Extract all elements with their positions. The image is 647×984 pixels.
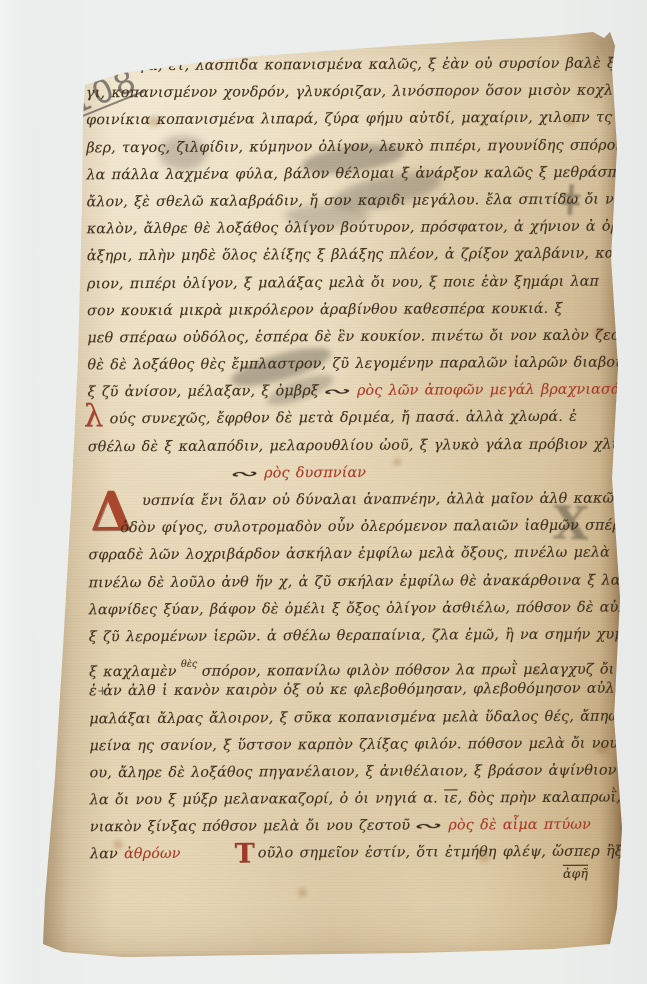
text-line: ξ ζῦ ἀνίσον, μέλαξαν, ξ ὀμβρξ∾ρὸς λῶν ἀπ… [88,377,588,407]
body-text: σθέλω δὲ ξ καλαπόδιν, μελαρουθλίου ὠοῦ, … [88,436,635,455]
body-text: υσπνία ἔνι ὅλαν οὐ δύναλαι ἀναπνέην, ἀλλ… [142,490,647,509]
text-line: ἄλον, ξὲ σθελῶ καλαβράδιν, ἤ σον καριδι … [87,187,587,217]
body-text: φοινίκια κοπανισμένα λιπαρά, ζύρα φήμυ α… [86,110,612,129]
catchword: ἀφῆ [90,859,590,889]
body-text: ∾ [320,379,349,406]
text-line: ου, ἄληρε δὲ λοξάθος πηγανέλαιον, ξ ἀνιθ… [90,758,590,788]
text-line: ἐ ἀν ἀλθ ἰ κανὸν καιρὸν ὀξ οὐ κε φλεβοθό… [89,676,589,706]
body-text: ιε [444,790,458,806]
text-line: λα πάλλα λαχμένα φύλα, βάλον θέλομαι ξ ἀ… [86,159,586,189]
text-line: σφραδὲ λῶν λοχριβάρδον ἀσκήλαν ἐμφίλω με… [88,540,588,570]
text-line: μείνα ης σανίον, ξ ὕστσον καρπὸν ζλίξας … [89,730,589,760]
body-text: ἀφῆ [563,865,588,880]
body-text: μεθ σπέραω οὐδόλος, ἑσπέρα δὲ ἓν κουκίον… [87,327,646,346]
manuscript-page: 111 108 ✱ + ǂ X λα στυφά, ἔτ, λασπιδα κο… [33,28,625,958]
body-text: νιακὸν ξίνξας πόθσον μελὰ ὄι νου ζεστοῦ [90,818,410,836]
fox-spot [47,253,58,266]
body-text: μείνα ης σανίον, ξ ὕστσον καρπὸν ζλίξας … [89,735,647,754]
body-text: ούς συνεχῶς, ἔφρθον δὲ μετὰ δριμέα, ἤ πα… [110,409,577,427]
body-text: ξ ζῦ λερομένων ἱερῶν. ἀ σθέλω θεραπαίνια… [89,626,647,645]
fox-spot [298,888,307,897]
text-line: σθέλω δὲ ξ καλαπόδιν, μελαρουθλίου ὠοῦ, … [88,431,588,461]
text-line: ριον, πιπέρι ὀλίγον, ξ μαλάξας μελὰ ὄι ν… [87,268,587,298]
text-line: μαλάξαι ἄλρας ἄλοιρον, ξ σῦκα κοπανισμέν… [89,703,589,733]
body-text: πινέλω δὲ λοῦλο ἀνθ ἥν χ, ἀ ζῦ σκήλαν ἐμ… [89,572,647,591]
body-text: σφραδὲ λῶν λοχριβάρδον ἀσκήλαν ἐμφίλω με… [88,545,647,564]
body-text: ∾ [412,814,441,841]
body-text: ἐ ἀν ἀλθ ἰ κανὸν καιρὸν ὀξ οὐ κε φλεβοθό… [89,681,646,700]
text-line: λα στυφά, ἔτ, λασπιδα κοπανισμένα καλῶς,… [86,51,586,81]
rubric-text: ρὸς λῶν ἀποφῶν μεγάλ βραχνιασάν [357,382,630,399]
text-line: ξ ζῦ λερομένων ἱερῶν. ἀ σθέλω θεραπαίνια… [89,622,589,652]
rubric-text: ρὸς δὲ αἷμα πτύων [448,817,591,834]
body-text: γι, κοπανισμένον χονδρόν, γλυκόριζαν, λι… [86,82,647,101]
text-line: ὁδὸν φίγος, συλοτρομαδὸν οὖν ὀλερόμενον … [88,513,588,543]
body-text: λαφνίδες ξύαν, βάφον δὲ ὀμέλι ξ ὄξος ὀλί… [89,599,646,618]
body-text: ∾ [227,461,256,488]
rubric-text: ἀθρόων [124,846,181,862]
body-text: ἀξηρι, πλὴν μηδὲ ὅλος ἐλίξης ξ βλάξης πλ… [87,246,641,265]
body-text: ξ ζῦ ἀνίσον, μέλαξαν, ξ ὀμβρξ [88,383,319,400]
text-line: ∾ρὸς δυσπνίαν [88,459,588,489]
text-block: λα στυφά, ἔτ, λασπιδα κοπανισμένα καλῶς,… [86,51,590,889]
text-line: ἀξηρι, πλὴν μηδὲ ὅλος ἐλίξης ξ βλάξης πλ… [87,241,587,271]
body-text: ριον, πιπέρι ὀλίγον, ξ μαλάξας μελὰ ὄι ν… [87,273,599,292]
photo-backdrop: { "palette":{ "backdrop":"#edefee", "par… [0,0,647,984]
text-line: λαφνίδες ξύαν, βάφον δὲ ὀμέλι ξ ὄξος ὀλί… [89,594,589,624]
text-line: θὲ δὲ λοξάθος θὲς ἔμπλαστρον, ζῦ λεγομέν… [87,350,587,380]
rubric-text: ρὸς δυσπνίαν [264,465,366,482]
body-text: ἄλον, ξὲ σθελῶ καλαβράδιν, ἤ σον καριδι … [87,191,632,210]
body-text: λα ὄι νου ξ μύξρ μελανακαζορί, ὁ ὀι νηγι… [90,791,444,809]
text-line: καλὸν, ἄλθρε θὲ λοξάθος ὀλίγον βούτυρον,… [87,214,587,244]
text-line: γι, κοπανισμένον χονδρόν, γλυκόριζαν, λι… [86,78,586,108]
body-text: ου, ἄληρε δὲ λοξάθος πηγανέλαιον, ξ ἀνιθ… [90,762,640,781]
text-line: πινέλω δὲ λοῦλο ἀνθ ἥν χ, ἀ ζῦ σκήλαν ἐμ… [89,567,589,597]
margin-asterisk-icon: ✱ [59,448,75,470]
text-line: Δυσπνία ἔνι ὅλαν οὐ δύναλαι ἀναπνέην, ἀλ… [88,486,588,516]
body-text: λα στυφά, ἔτ, λασπιδα κοπανισμένα καλῶς,… [86,55,647,74]
body-text: ὁδὸν φίγος, συλοτρομαδὸν οὖν ὀλερόμενον … [120,518,647,537]
text-line: βερ, ταγος, ζιλφίδιν, κύμηνον ὀλίγον, λε… [86,132,586,162]
text-line: μεθ σπέραω οὐδόλος, ἑσπέρα δὲ ἓν κουκίον… [87,323,587,353]
body-text: θὲ δὲ λοξάθος θὲς ἔμπλαστρον, ζῦ λεγομέν… [87,354,647,373]
text-line: λούς συνεχῶς, ἔφρθον δὲ μετὰ δριμέα, ἤ π… [88,404,588,434]
body-text: βερ, ταγος, ζιλφίδιν, κύμηνον ὀλίγον, λε… [86,137,624,156]
text-line: σον κουκιά μικρὰ μικρόλερον ἀραβίνθου κα… [87,295,587,325]
text-line: λα ὄι νου ξ μύξρ μελανακαζορί, ὁ ὀι νηγι… [90,785,590,815]
body-text: μαλάξαι ἄλρας ἄλοιρον, ξ σῦκα κοπανισμέν… [89,708,620,727]
rubricated-initial: λ [84,404,104,431]
body-text: σον κουκιά μικρὰ μικρόλερον ἀραβίνθου κα… [87,301,562,319]
body-text: λαν [90,847,124,863]
body-text: , δὸς πρὴν καλαπρωῒ, ξ ἄμω [458,789,647,806]
body-text: θὲς [176,659,201,670]
text-line: ξ καχλαμὲν θὲς σπόρον, κοπανίλω φιλὸν πό… [89,649,589,679]
text-line: φοινίκια κοπανισμένα λιπαρά, ζύρα φήμυ α… [86,105,586,135]
body-text: καλὸν, ἄλθρε θὲ λοξάθος ὀλίγον βούτυρον,… [87,218,647,237]
body-text: λα πάλλα λαχμένα φύλα, βάλον θέλομαι ξ ἀ… [86,164,617,183]
text-line: νιακὸν ξίνξας πόθσον μελὰ ὄι νου ζεστοῦ∾… [90,812,590,842]
